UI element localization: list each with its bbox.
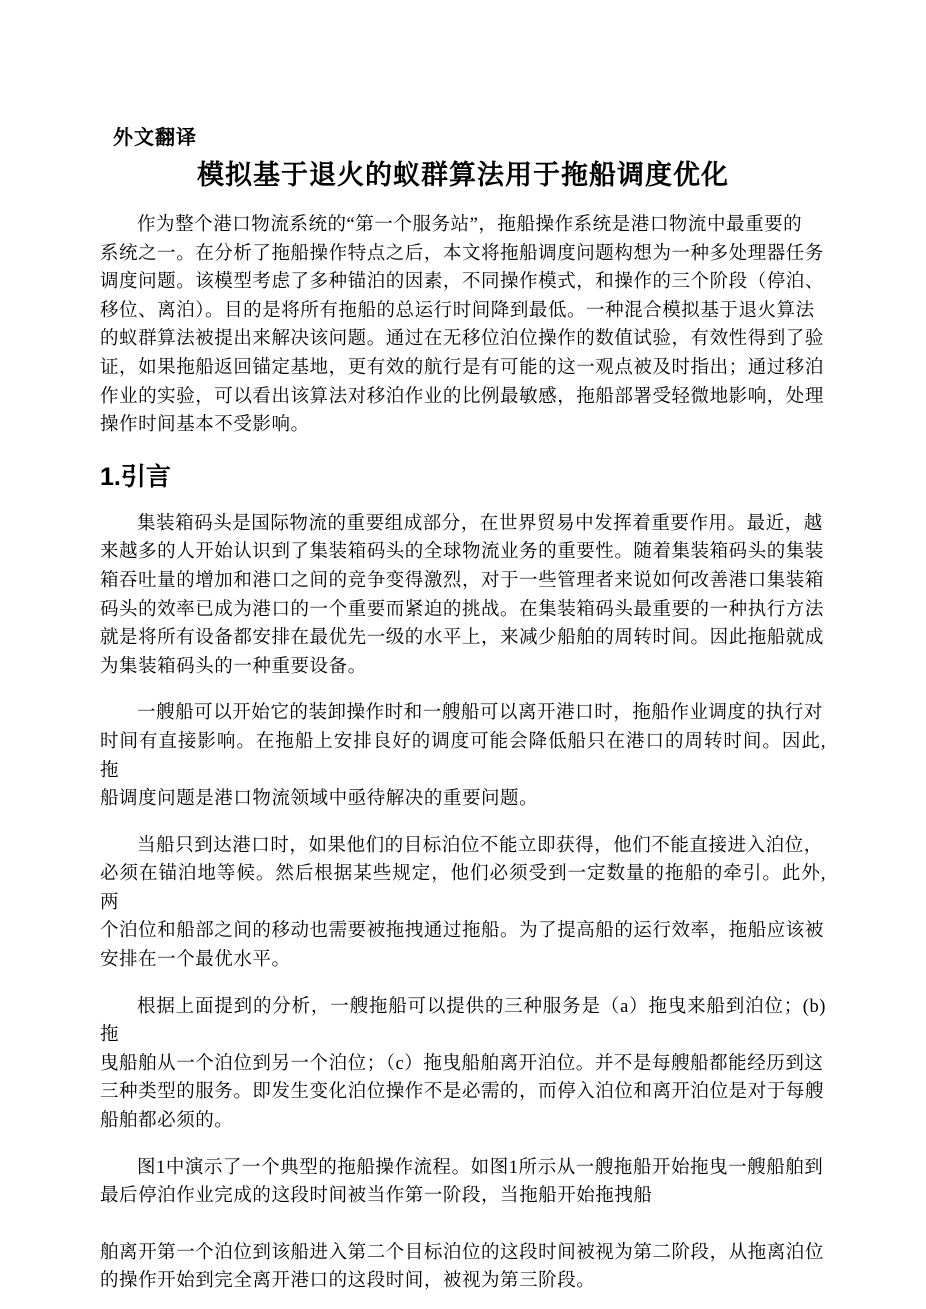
document-type-label: 外文翻译 (113, 126, 826, 150)
body-paragraph: 当船只到达港口时，如果他们的目标泊位不能立即获得，他们不能直接进入泊位， 必须在… (100, 832, 826, 975)
body-paragraph: 舶离开第一个泊位到该船进入第二个目标泊位的这段时间被视为第二阶段，从拖离泊位 的… (100, 1239, 826, 1296)
body-paragraph: 一艘船可以开始它的装卸操作时和一艘船可以离开港口时，拖船作业调度的执行对 时间有… (100, 699, 826, 813)
body-paragraph: 图1中演示了一个典型的拖船操作流程。如图1所示从一艘拖船开始拖曳一艘船舶到 最后… (100, 1154, 826, 1211)
body-paragraph: 集装箱码头是国际物流的重要组成部分，在世界贸易中发挥着重要作用。最近，越 来越多… (100, 510, 826, 682)
section-1-heading: 1.引言 (100, 462, 826, 492)
body-paragraph: 根据上面提到的分析，一艘拖船可以提供的三种服务是（a）拖曳来船到泊位；(b)拖 … (100, 993, 826, 1136)
abstract-paragraph: 作为整个港口物流系统的“第一个服务站”，拖船操作系统是港口物流中最重要的 系统之… (100, 211, 826, 440)
section-1-body: 集装箱码头是国际物流的重要组成部分，在世界贸易中发挥着重要作用。最近，越 来越多… (100, 510, 826, 1296)
document-page: 外文翻译 模拟基于退火的蚁群算法用于拖船调度优化 作为整个港口物流系统的“第一个… (0, 0, 926, 1309)
document-title: 模拟基于退火的蚁群算法用于拖船调度优化 (100, 159, 826, 191)
